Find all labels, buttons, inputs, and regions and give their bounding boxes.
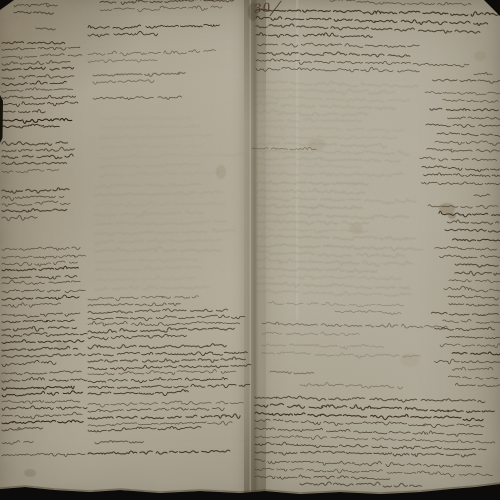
page-number-text: 30 [253,0,271,15]
stain [24,469,36,477]
stain [474,51,486,61]
manuscript-photo: 30 [0,0,500,500]
manuscript-spread: 30 [0,0,500,500]
center-fold-crease-highlight [250,0,251,500]
stain [216,165,226,179]
page-number: 30 [253,0,271,15]
manuscript-render [0,0,500,500]
